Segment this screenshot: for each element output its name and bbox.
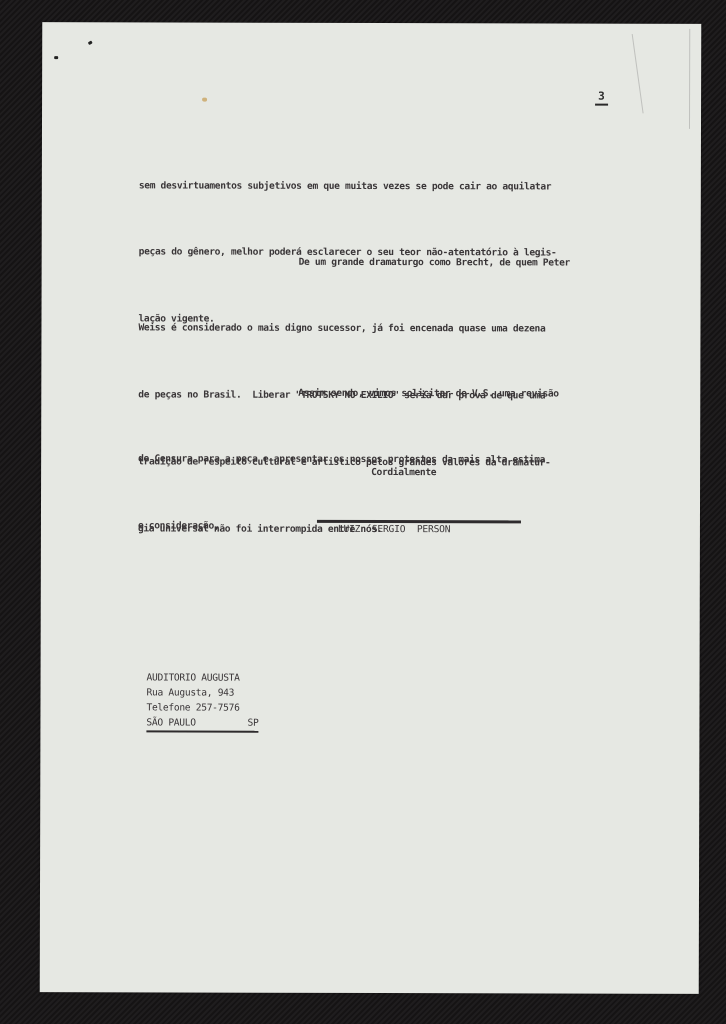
document-page: 3 sem desvirtuamentos subjetivos em que … xyxy=(40,22,702,994)
address-city-line: SÃO PAULO SP xyxy=(146,715,258,732)
paragraph-line: De um grande dramaturgo como Brecht, de … xyxy=(139,251,659,275)
paper-stain xyxy=(202,98,207,102)
paragraph-line: Assim sendo, vimos solicitar de V.S. uma… xyxy=(138,382,658,406)
page-number: 3 xyxy=(595,90,608,106)
paragraph-line: sem desvirtuamentos subjetivos em que mu… xyxy=(139,175,659,199)
paper-crease xyxy=(632,34,644,113)
address-city: SÃO PAULO xyxy=(146,717,195,728)
closing-salutation: Cordialmente xyxy=(371,467,436,478)
signature-line xyxy=(317,520,521,524)
address-state: SP xyxy=(247,716,258,731)
ink-speck xyxy=(54,56,58,59)
paragraph-3: Assim sendo, vimos solicitar de V.S. uma… xyxy=(138,337,659,584)
ink-speck xyxy=(88,40,93,45)
address-street: Rua Augusta, 943 xyxy=(146,685,258,700)
address-name: AUDITORIO AUGUSTA xyxy=(147,670,259,685)
signatory-name: LUIZ SERGIO PERSON xyxy=(338,524,450,535)
sender-address: AUDITORIO AUGUSTA Rua Augusta, 943 Telef… xyxy=(146,670,258,732)
address-phone: Telefone 257-7576 xyxy=(146,700,258,715)
paper-edge-fold xyxy=(689,29,690,129)
